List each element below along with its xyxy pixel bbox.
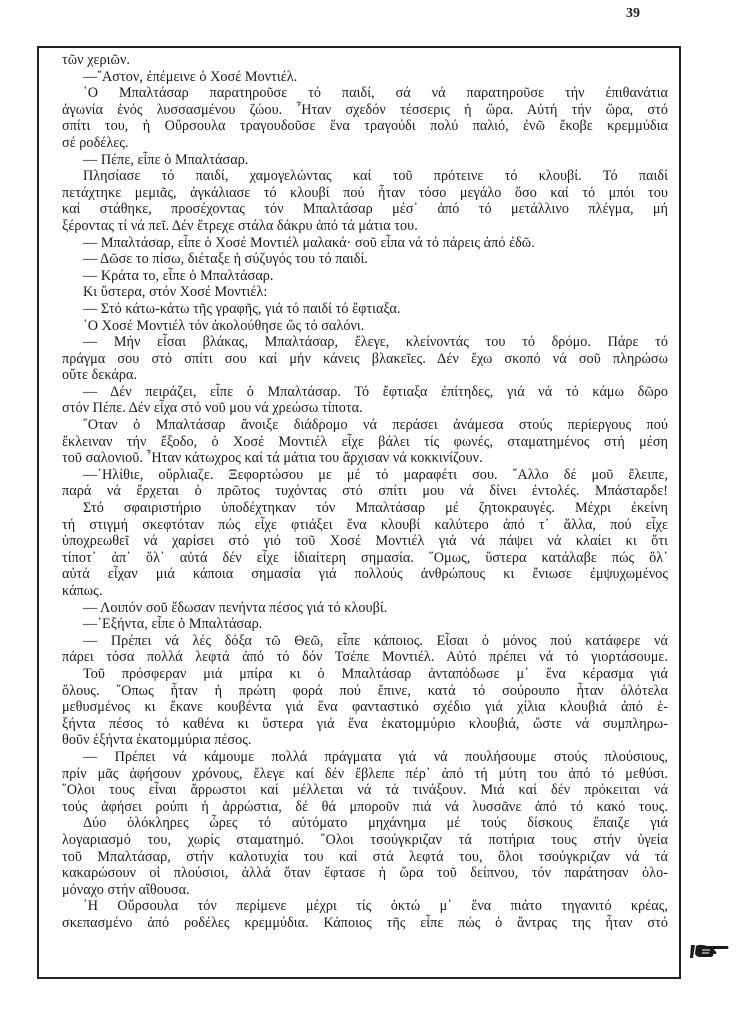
text-line: ξήντα πέσος τό καθένα κι ὕστερα γιά ἕνα … bbox=[62, 716, 668, 733]
text-line: — Μπαλτάσαρ, εἶπε ὁ Χοσέ Μοντιέλ μαλακά·… bbox=[62, 235, 668, 252]
text-line: λογαριασμό του, χωρίς σταματημό. ῞Ολοι τ… bbox=[62, 832, 668, 849]
text-line: —᾽Εξήντα, εἶπε ὁ Μπαλτάσαρ. bbox=[62, 616, 668, 633]
text-line: ἀγωνία ἑνός λυσσασμένου ζώου. ῏Ηταν σχεδ… bbox=[62, 102, 668, 119]
text-line: στόν Πέπε. Δέν εἶχα στό νοῦ μου νά χρεώσ… bbox=[62, 400, 668, 417]
text-line: καί στάθηκε, προσέχοντας τόν Μπαλτάσαρ μ… bbox=[62, 201, 668, 218]
text-line: κάπως. bbox=[62, 583, 668, 600]
text-line: πράγμα σου στό σπίτι σου καί μήν κάνεις … bbox=[62, 351, 668, 368]
text-line: — Κράτα το, εἶπε ὁ Μπαλτάσαρ. bbox=[62, 268, 668, 285]
text-line: — Πρέπει νά κάμουμε πολλά πράγματα γιά ν… bbox=[62, 749, 668, 766]
text-line: ὑποχρεωθεῖ νά χαρίσει στό γιό τοῦ Χοσέ Μ… bbox=[62, 533, 668, 550]
text-line: πάρει τόσα πολλά λεφτά ἀπό τό δόν Τσέπε … bbox=[62, 649, 668, 666]
text-line: ῞Ολοι τους εἶναι ἄρρωστοι καί μέλλεται ν… bbox=[62, 782, 668, 799]
text-line: αὐτά εἶχαν μιά κάποια σημασία γιά πολλού… bbox=[62, 566, 668, 583]
text-line: Πλησίασε τό παιδί, χαμογελώντας καί τοῦ … bbox=[62, 168, 668, 185]
page-number: 39 bbox=[626, 6, 640, 22]
text-line: ῾Ο Μπαλτάσαρ παρατηροῦσε τό παιδί, σά νά… bbox=[62, 85, 668, 102]
pointing-hand-icon bbox=[690, 942, 730, 960]
text-line: μεθυσμένος κι ἔκανε κουβέντα γιά ἕνα φαν… bbox=[62, 699, 668, 716]
text-line: — Στό κάτω-κάτω τῆς γραφῆς, γιά τό παιδί… bbox=[62, 301, 668, 318]
text-line: ξέροντας τί νά πεῖ. Δέν ἔτρεχε στάλα δάκ… bbox=[62, 218, 668, 235]
text-line: ἔκλειναν τήν ἔξοδο, ὁ Χοσέ Μοντιέλ εἶχε … bbox=[62, 434, 668, 451]
text-line: —῾Ηλίθιε, οὔρλιαζε. Ξεφορτώσου με μέ τό … bbox=[62, 467, 668, 484]
text-line: ῾Η Οὔρσουλα τόν περίμενε μέχρι τίς ὀκτώ … bbox=[62, 898, 668, 915]
text-line: οὔτε δεκάρα. bbox=[62, 367, 668, 384]
text-line: σπίτι του, ἡ Οὔρσουλα τραγουδοῦσε ἕνα τρ… bbox=[62, 118, 668, 135]
text-line: κακαρώσουν οἱ πλούσιοι, ἀλλά ὅταν ἔφτασε… bbox=[62, 865, 668, 882]
text-line: τίποτ᾽ ἀπ᾽ ὅλ᾽ αὐτά δέν εἶχε ἰδιαίτερη σ… bbox=[62, 550, 668, 567]
text-line: Τοῦ πρόσφεραν μιά μπίρα κι ὁ Μπαλτάσαρ ἀ… bbox=[62, 666, 668, 683]
text-line: σέ ροδέλες. bbox=[62, 135, 668, 152]
text-line: — Δῶσε το πίσω, διέταξε ἡ σύζυγός του τό… bbox=[62, 251, 668, 268]
text-line: τῶν χεριῶν. bbox=[62, 52, 668, 69]
text-line: ῾Ο Χοσέ Μοντιέλ τόν ἀκολούθησε ὥς τό σαλ… bbox=[62, 318, 668, 335]
text-line: πρίν μᾶς ἀφήσουν χρόνους, ἔλεγε καί δέν … bbox=[62, 766, 668, 783]
text-line: τοῦ Μπαλτάσαρ, στήν καλοτυχία του καί στ… bbox=[62, 849, 668, 866]
text-line: μόναχο στήν αἴθουσα. bbox=[62, 882, 668, 899]
text-line: —῎Αστον, ἐπέμεινε ὁ Χοσέ Μοντιέλ. bbox=[62, 69, 668, 86]
page-body-text: τῶν χεριῶν.—῎Αστον, ἐπέμεινε ὁ Χοσέ Μοντ… bbox=[62, 52, 668, 931]
text-line: παρά νά ἔρχεται ὁ πρῶτος τυχόντας στό σπ… bbox=[62, 483, 668, 500]
text-line: τούς ἀφήσει ρούπι ἡ ἀρρώστια, δέ θά μπορ… bbox=[62, 799, 668, 816]
text-line: τοῦ σαλονιοῦ. ῏Ηταν κάτωχρος καί τά μάτι… bbox=[62, 450, 668, 467]
text-line: ῞Οταν ὁ Μπαλτάσαρ ἄνοιξε διάδρομο νά περ… bbox=[62, 417, 668, 434]
text-line: Δύο ὁλόκληρες ὧρες τό αὐτόματο μηχάνημα … bbox=[62, 815, 668, 832]
text-line: — Πέπε, εἶπε ὁ Μπαλτάσαρ. bbox=[62, 152, 668, 169]
text-line: πετάχτηκε μεμιᾶς, ἀγκάλιασε τό κλουβί πο… bbox=[62, 185, 668, 202]
text-line: τή στιγμή σκεφτόταν πώς εἶχε φτιάξει ἕνα… bbox=[62, 517, 668, 534]
text-line: — Λοιπόν σοῦ ἔδωσαν πενήντα πέσος γιά τό… bbox=[62, 600, 668, 617]
text-line: σκεπασμένο ἀπό ροδέλες κρεμμύδια. Κάποιο… bbox=[62, 915, 668, 932]
text-line: ὅλους. ῞Οπως ἦταν ἡ πρώτη φορά πού ἔπινε… bbox=[62, 683, 668, 700]
text-line: — Μήν εἶσαι βλάκας, Μπαλτάσαρ, ἔλεγε, κλ… bbox=[62, 334, 668, 351]
text-line: — Πρέπει νά λές δόξα τῶ Θεῶ, εἶπε κάποιο… bbox=[62, 633, 668, 650]
text-line: — Δέν πειράζει, εἶπε ὁ Μπαλτάσαρ. Τό ἔφτ… bbox=[62, 384, 668, 401]
text-line: Στό σφαιριστήριο ὑποδέχτηκαν τόν Μπαλτάσ… bbox=[62, 500, 668, 517]
text-line: Κι ὕστερα, στόν Χοσέ Μοντιέλ: bbox=[62, 284, 668, 301]
text-line: θοῦν ἑξήντα ἑκατομμύρια πέσος. bbox=[62, 732, 668, 749]
